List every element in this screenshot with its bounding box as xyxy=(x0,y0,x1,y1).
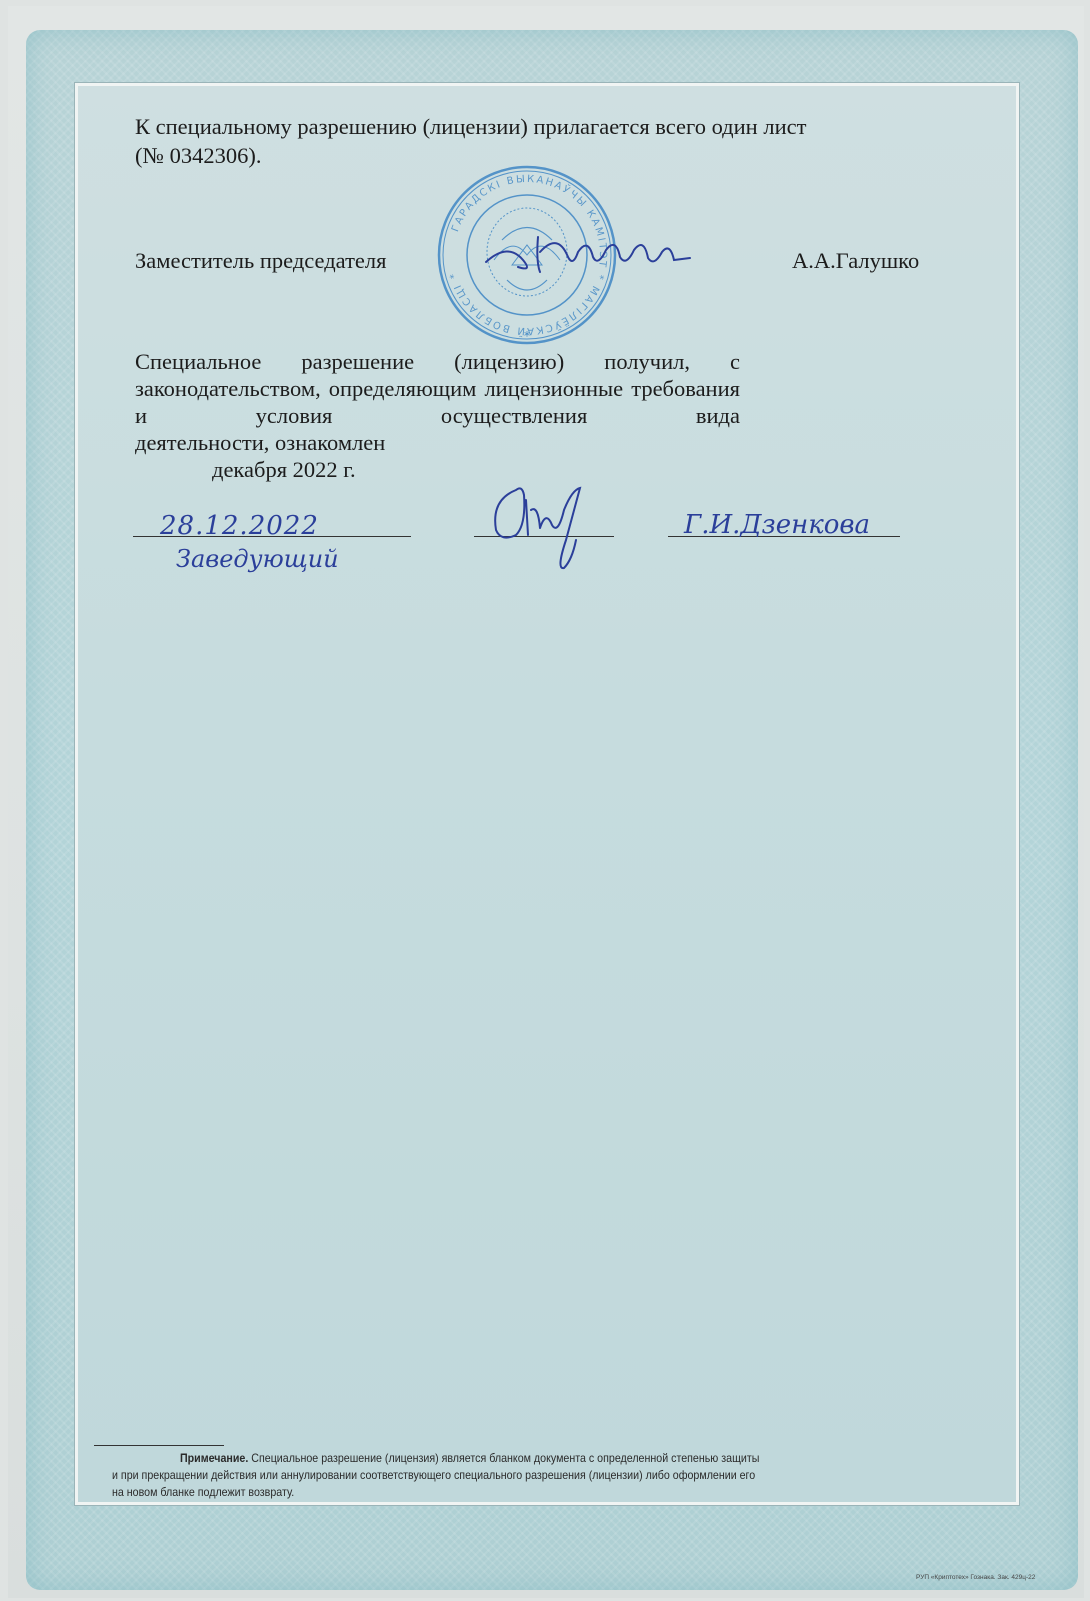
footnote-line-3: на новом бланке подлежит возврату. xyxy=(112,1484,294,1501)
footnote-text-1: Специальное разрешение (лицензия) являет… xyxy=(248,1452,759,1465)
printer-mark: РУП «Криптотех» Гознака. Зак. 429ц-22 xyxy=(916,1574,1035,1581)
receipt-paragraph: Специальное разрешение (лицензию) получи… xyxy=(135,348,740,429)
handwritten-date: 28.12.2022 xyxy=(160,511,319,541)
recipient-signature-icon xyxy=(486,480,626,572)
footnote-label: Примечание. xyxy=(180,1452,248,1465)
handwritten-position: Заведующий xyxy=(176,545,339,573)
deputy-signature-icon xyxy=(478,222,698,282)
footnote-line-1: Примечание. Специальное разрешение (лице… xyxy=(180,1450,759,1467)
receipt-paragraph-end: деятельности, ознакомлен xyxy=(135,429,385,456)
footnote-line-2: и при прекращении действия или аннулиров… xyxy=(112,1467,755,1484)
attachment-line-1: К специальному разрешению (лицензии) при… xyxy=(135,113,806,140)
signatory-name: А.А.Галушко xyxy=(792,247,919,274)
footnote-rule xyxy=(94,1445,224,1446)
svg-text:*: * xyxy=(524,329,530,343)
attachment-line-2: (№ 0342306). xyxy=(135,142,261,169)
handwritten-name: Г.И.Дзенкова xyxy=(684,510,870,540)
signatory-title: Заместитель председателя xyxy=(135,247,386,274)
receipt-date-printed: декабря 2022 г. xyxy=(212,456,356,483)
